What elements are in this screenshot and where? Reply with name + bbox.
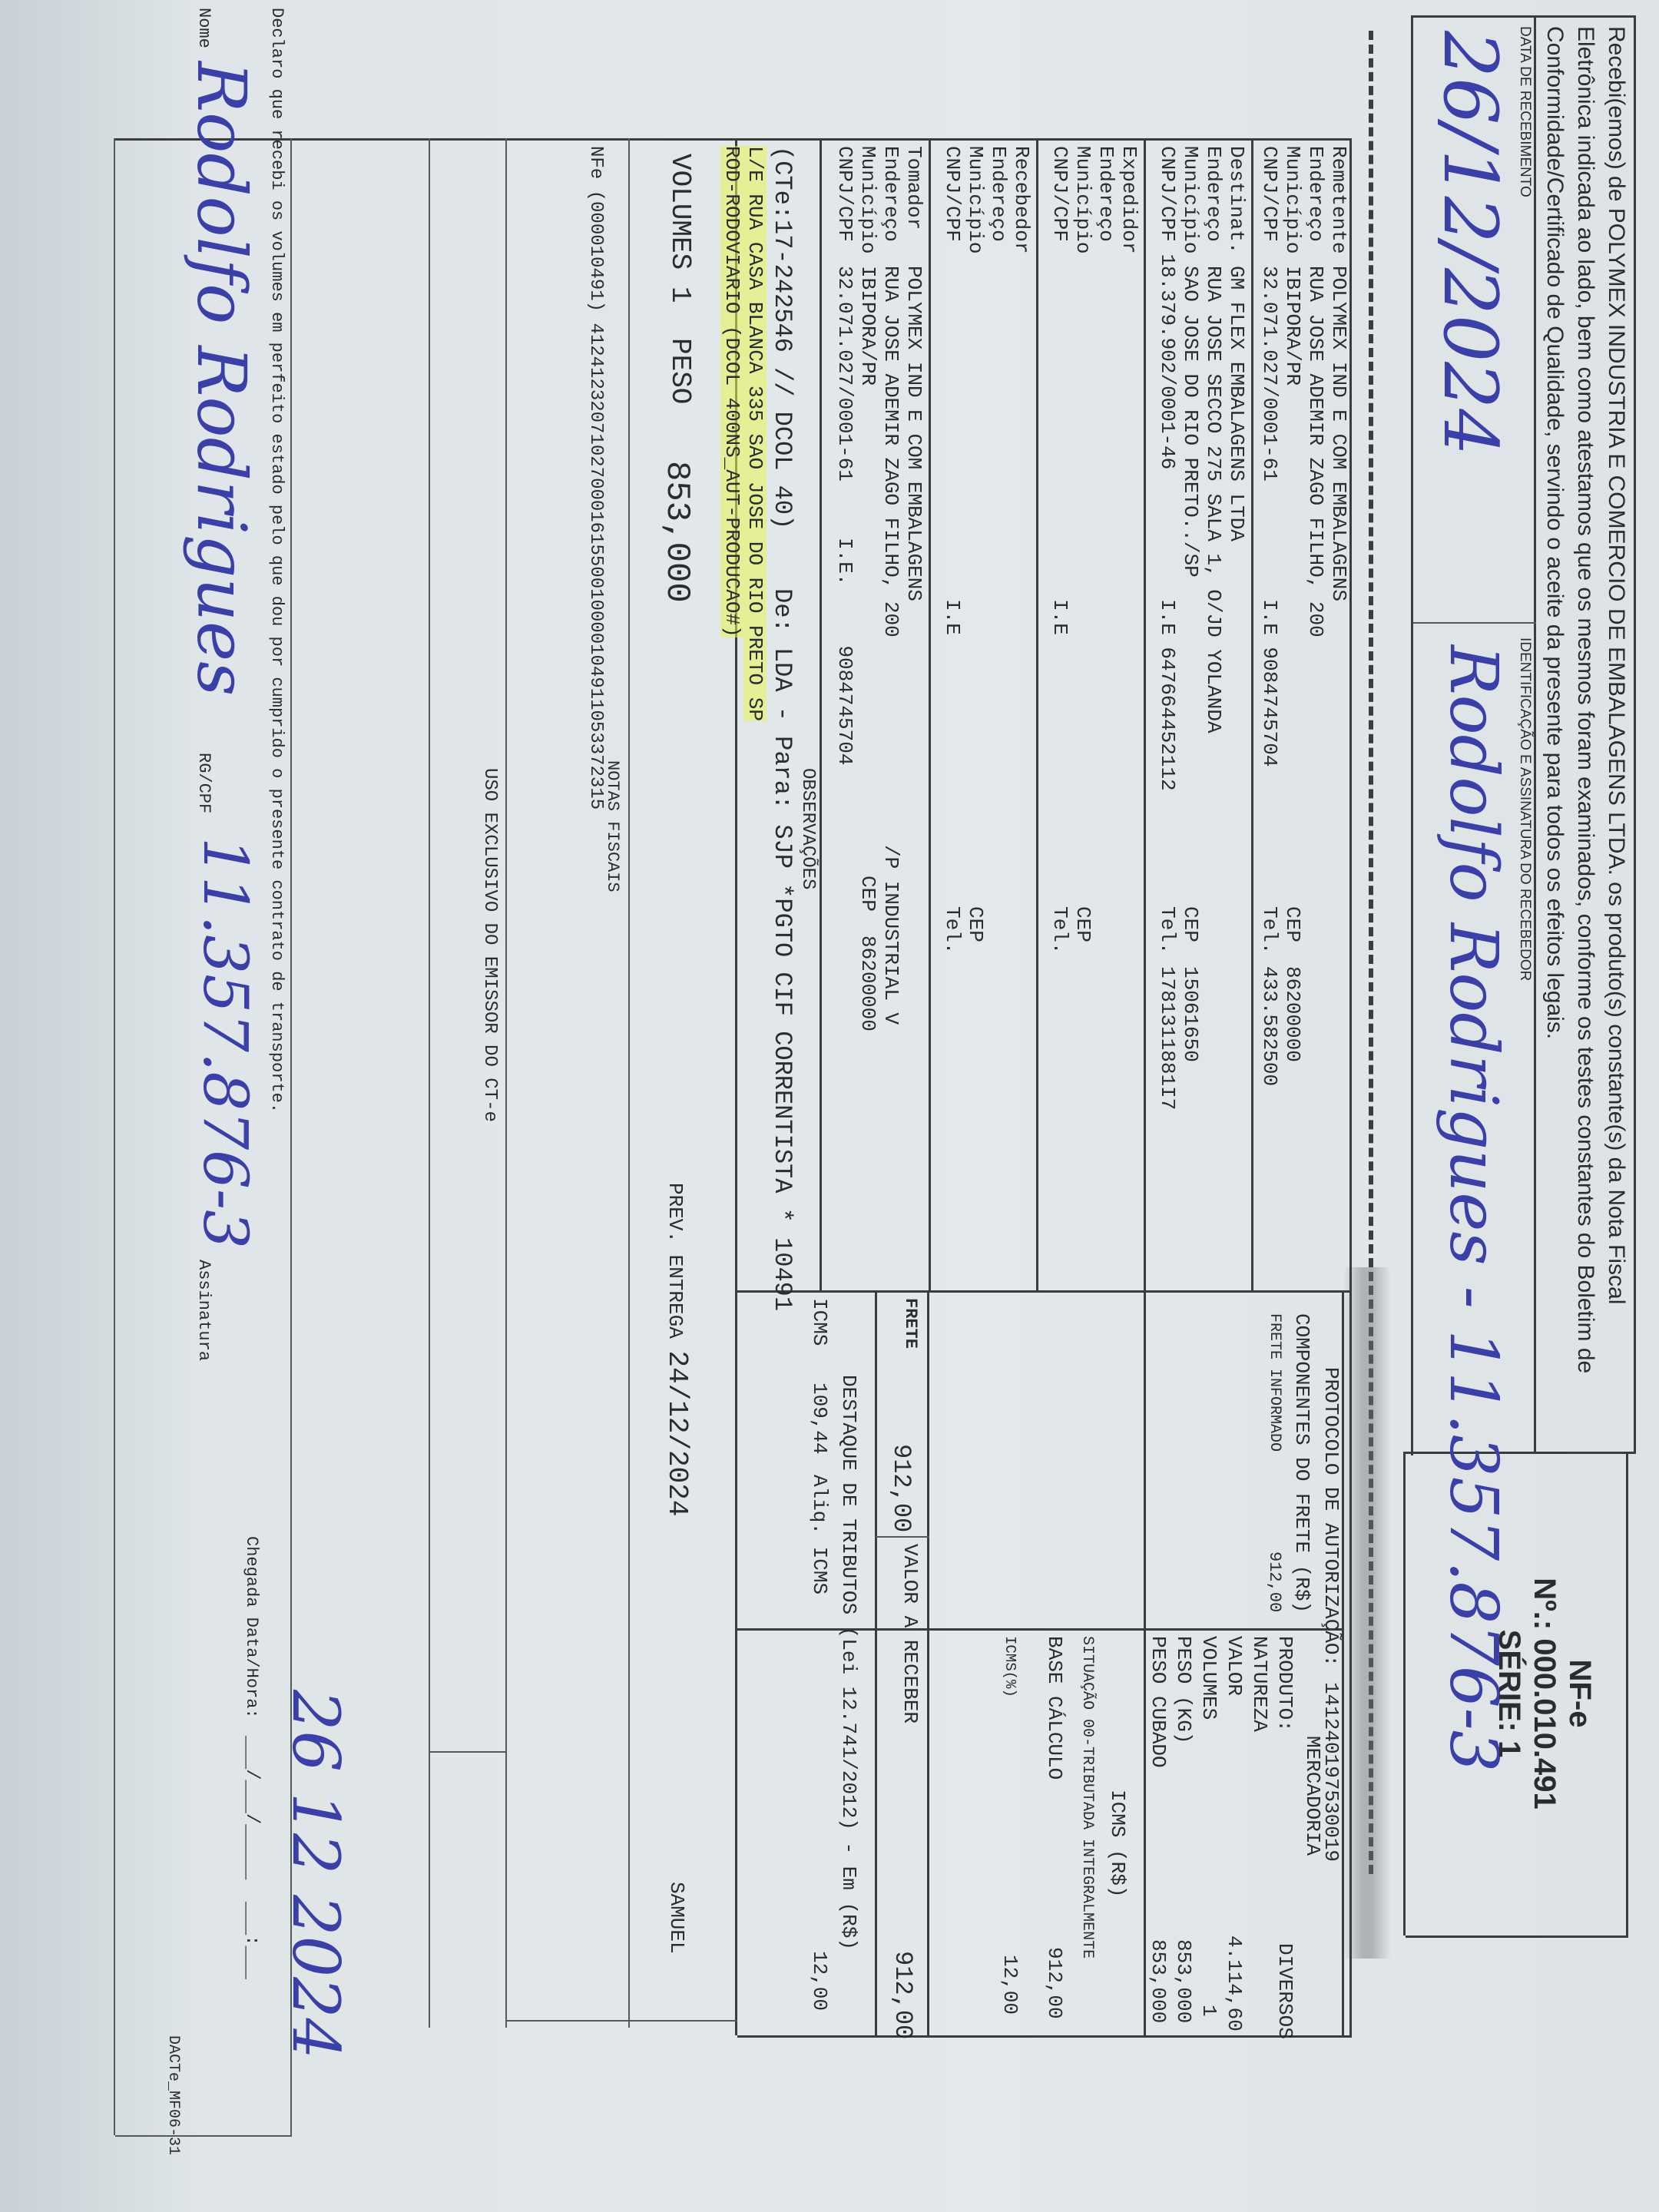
tomador-ie-label: I.E. xyxy=(833,538,856,585)
nome-label: Nome xyxy=(192,8,215,48)
remetente-tel: 433.582500 xyxy=(1258,966,1281,1086)
observacoes-line-3: ROD-RODOVIARIO (DCOL 400NS_AUT-PRODUCAO#… xyxy=(720,146,743,637)
valor-value: 4.114,60 xyxy=(1223,1936,1246,2032)
componentes-frete-label: COMPONENTES DO FRETE (R$) xyxy=(1290,1313,1313,1613)
uso-exclusivo-label: USO EXCLUSIVO DO EMISSOR DO CT-e xyxy=(478,768,501,1122)
destinatario-tel-label: Tel. xyxy=(1156,906,1179,954)
rg-cpf-field[interactable]: 11.357.876-3 xyxy=(190,837,261,1249)
produto-value: DIVERSOS xyxy=(1273,1943,1296,2039)
tomador-bairro: /P INDUSTRIAL V xyxy=(879,845,902,1025)
expedidor-ie-label: I.E xyxy=(1048,599,1071,635)
tributos-icms-value: 109,44 xyxy=(808,1382,831,1455)
tomador-ie: 9084745704 xyxy=(833,645,856,765)
tomador-name: POLYMEX IND E COM EMBALAGENS xyxy=(902,266,926,601)
nfe-serie: SÉRIE: 1 xyxy=(1492,1455,1527,1932)
remetente-ie: 9084745704 xyxy=(1258,647,1281,767)
tomador-municipio-label: Município xyxy=(856,146,879,253)
form-code: DACTe_MF06-31 xyxy=(161,2035,184,2155)
icms-label: ICMS (R$) xyxy=(1106,1790,1129,1897)
tomador-endereco-label: Endereço xyxy=(879,146,902,242)
recebedor-cnpj-label: CNPJ/CPF xyxy=(941,146,964,242)
valor-label: VALOR xyxy=(1223,1636,1246,1696)
tomador-endereco: RUA JOSE ADEMIR ZAGO FILHO, 200 xyxy=(879,266,902,637)
nota-fiscal-entry: NFe (000010491) 412412320710270001615500… xyxy=(584,146,607,810)
prev-entrega-label: PREV. ENTREGA xyxy=(664,1183,687,1339)
receipt-line-3: Conformidade/Certificado de Qualidade, s… xyxy=(1539,26,1570,1439)
recebedor-label: Recebedor xyxy=(1010,146,1033,253)
volumes-label: VOLUMES xyxy=(664,154,696,270)
expedidor-cnpj-label: CNPJ/CPF xyxy=(1048,146,1071,242)
base-calculo-label: BASE CÁLCULO xyxy=(1043,1636,1066,1780)
destinatario-endereco: RUA JOSE SECCO 275 SALA 1, O/JD YOLANDA xyxy=(1202,266,1225,733)
volumes-merc-label: VOLUMES xyxy=(1197,1636,1220,1720)
base-calculo-value: 912,00 xyxy=(1043,1947,1066,2019)
remetente-cep: 86200000 xyxy=(1281,966,1304,1062)
frete-informado-label: FRETE INFORMADO xyxy=(1263,1313,1286,1452)
tributos-aliq-label: Aliq. ICMS xyxy=(808,1475,831,1594)
icms-situacao: SITUAÇÃO 00-TRIBUTADA INTEGRALMENTE xyxy=(1075,1636,1098,1959)
remetente-municipio: IBIPORA/PR xyxy=(1281,266,1304,386)
natureza-label: NATUREZA xyxy=(1248,1636,1271,1732)
receiver-id-label: IDENTIFICAÇÃO E ASSINATURA DO RECEBEDOR xyxy=(1516,637,1533,981)
tributos-icms-label: ICMS xyxy=(808,1298,831,1346)
tomador-cep: 86200000 xyxy=(856,935,879,1031)
peso-label: PESO xyxy=(668,338,691,404)
protocol-label: PROTOCOLO DE AUTORIZAÇÃO: xyxy=(1320,1367,1343,1667)
destinatario-cnpj-label: CNPJ/CPF xyxy=(1156,146,1179,242)
destinatario-municipio: SAO JOSE DO RIO PRETO../SP xyxy=(1179,266,1202,578)
recebedor-tel-label: Tel. xyxy=(941,906,964,954)
recebedor-ie-label: I.E xyxy=(941,599,964,635)
destinatario-label: Destinat. xyxy=(1225,146,1248,253)
receipt-text: Recebi(emos) de POLYMEX INDUSTRIA E COME… xyxy=(1539,26,1631,1439)
valor-receber-value: 912,00 xyxy=(891,1951,914,2039)
valor-receber-label: VALOR A RECEBER xyxy=(899,1544,922,1724)
remetente-label: Remetente xyxy=(1327,146,1350,253)
tomador-label: Tomador xyxy=(902,146,926,230)
remetente-endereco-label: Endereço xyxy=(1304,146,1327,242)
produto-label: PRODUTO: xyxy=(1273,1636,1296,1732)
tributos-aliq-value: 12,00 xyxy=(808,1951,831,2011)
nfe-number: Nº.: 000.010.491 xyxy=(1527,1455,1562,1932)
dacte-document: Recebi(emos) de POLYMEX INDUSTRIA E COME… xyxy=(0,0,1659,2212)
remetente-endereco: RUA JOSE ADEMIR ZAGO FILHO, 200 xyxy=(1304,266,1327,637)
destinatario-tel: 1781311881I7 xyxy=(1156,966,1179,1110)
chegada-handwritten: 26 12 2024 xyxy=(278,1690,353,2059)
chegada-label: Chegada Data/Hora: xyxy=(240,1536,263,1719)
tomador-cnpj: 32.071.027/0001-61 xyxy=(833,266,856,482)
assinatura-label: Assinatura xyxy=(192,1260,215,1361)
motorista-name: SAMUEL xyxy=(665,1882,688,1954)
observacoes-line-1: (CTe:17-242546 // DCOL 40) De: LDA - Par… xyxy=(768,146,796,1311)
expedidor-municipio-label: Município xyxy=(1071,146,1094,253)
remetente-cep-label: CEP xyxy=(1281,906,1304,942)
observacoes-label: OBSERVAÇÕES xyxy=(796,768,819,889)
recebedor-cep-label: CEP xyxy=(964,906,987,942)
observacoes-line-2: L/E RUA CASA BLANCA 335 SAO JOSE DO RIO … xyxy=(743,146,767,721)
volumes-value: 1 xyxy=(664,286,696,303)
peso-cubado-label: PESO CUBADO xyxy=(1147,1636,1170,1768)
tributos-label: DESTAQUE DE TRIBUTOS (Lei 12.741/2012) -… xyxy=(837,1375,860,1950)
remetente-municipio-label: Município xyxy=(1281,146,1304,253)
destinatario-cep: 15061650 xyxy=(1179,966,1202,1062)
remetente-cnpj-label: CNPJ/CPF xyxy=(1258,146,1281,242)
destinatario-ie: 647664452112 xyxy=(1156,647,1179,790)
expedidor-endereco-label: Endereço xyxy=(1094,146,1118,242)
expedidor-tel-label: Tel. xyxy=(1048,906,1071,954)
destinatario-cep-label: CEP xyxy=(1179,906,1202,942)
recebedor-endereco-label: Endereço xyxy=(987,146,1010,242)
expedidor-cep-label: CEP xyxy=(1071,906,1094,942)
remetente-ie-label: I.E xyxy=(1258,599,1281,635)
destinatario-cnpj: 18.379.902/0001-46 xyxy=(1156,253,1179,469)
mercadoria-label: MERCADORIA xyxy=(1301,1736,1324,1856)
icms-aliq-label: ICMS(%) xyxy=(998,1636,1022,1697)
remetente-name: POLYMEX IND E COM EMBALAGENS xyxy=(1327,266,1350,601)
destinatario-ie-label: I.E xyxy=(1156,599,1179,635)
destinatario-municipio-label: Município xyxy=(1179,146,1202,253)
receipt-line-1: Recebi(emos) de POLYMEX INDUSTRIA E COME… xyxy=(1601,26,1631,1439)
peso-cubado-value: 853,000 xyxy=(1147,1939,1170,2023)
rg-cpf-label: RG/CPF xyxy=(192,753,215,813)
remetente-cnpj: 32.071.027/0001-61 xyxy=(1258,266,1281,482)
date-received-field[interactable]: 26/12/2024 xyxy=(1427,31,1513,455)
recebedor-municipio-label: Município xyxy=(964,146,987,253)
volumes-merc-value: 1 xyxy=(1197,2005,1220,2017)
declaracao-text: Declaro que recebi os volumes em perfeit… xyxy=(265,8,288,1113)
tomador-municipio: IBIPORA/PR xyxy=(856,266,879,386)
tomador-cnpj-label: CNPJ/CPF xyxy=(833,146,856,242)
frete-informado-value: 912,00 xyxy=(1263,1551,1286,1612)
prev-entrega-value: 24/12/2024 xyxy=(661,1350,693,1516)
remetente-tel-label: Tel. xyxy=(1258,906,1281,954)
peso-kg-value: 853,000 xyxy=(1172,1939,1195,2023)
peso-value: 853,000 xyxy=(657,461,696,603)
nfe-number-box: NF-e Nº.: 000.010.491 SÉRIE: 1 xyxy=(1492,1455,1598,1932)
frete-total-label: FRETE xyxy=(899,1298,922,1349)
icms-aliq-value: 12,00 xyxy=(998,1955,1022,2015)
nfe-title: NF-e xyxy=(1562,1455,1598,1932)
peso-kg-label: PESO (KG) xyxy=(1172,1636,1195,1743)
expedidor-label: Expedidor xyxy=(1118,146,1141,253)
destinatario-name: GM FLEX EMBALAGENS LTDA xyxy=(1225,266,1248,541)
date-received-label: DATA DE RECEBIMENTO xyxy=(1516,26,1533,197)
nome-field[interactable]: Rodolfo Rodrigues xyxy=(182,61,261,696)
destinatario-endereco-label: Endereço xyxy=(1202,146,1225,242)
tomador-cep-label: CEP xyxy=(856,876,879,912)
chegada-field[interactable]: ___/___/_____ ___:___ xyxy=(240,1736,263,1979)
receipt-line-2: Eletrônica indicada ao lado, bem como at… xyxy=(1570,26,1601,1439)
frete-total-value: 912,00 xyxy=(889,1444,912,1532)
